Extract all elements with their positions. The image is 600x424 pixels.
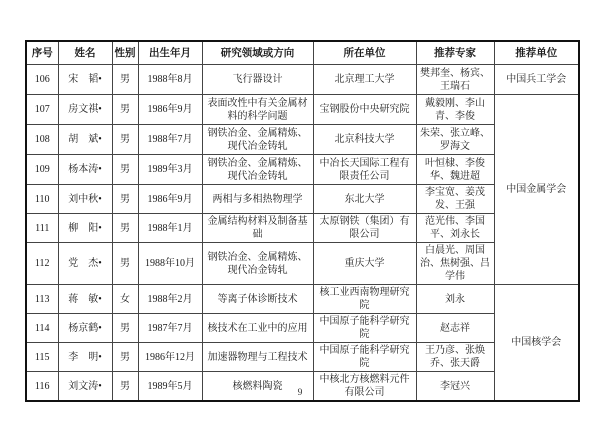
cell-field: 飞行器设计 <box>202 65 313 95</box>
cell-birth: 1989年3月 <box>138 155 202 185</box>
cell-gender: 男 <box>112 343 138 372</box>
cell-experts: 叶恒棣、李俊华、魏进超 <box>416 155 494 185</box>
cell-org: 北京科技大学 <box>313 125 416 155</box>
cell-birth: 1987年7月 <box>138 314 202 343</box>
cell-no: 113 <box>26 285 58 314</box>
header-name: 姓名 <box>58 41 112 65</box>
cell-org: 中国原子能科学研究院 <box>313 343 416 372</box>
page-number: 9 <box>0 388 600 398</box>
cell-birth: 1986年9月 <box>138 185 202 214</box>
cell-gender: 男 <box>112 214 138 243</box>
cell-experts: 樊邦奎、杨宾、王瑞石 <box>416 65 494 95</box>
header-row: 序号 姓名 性别 出生年月 研究领域或方向 所在单位 推荐专家 推荐单位 <box>26 41 579 65</box>
cell-name: 杨本涛• <box>58 155 112 185</box>
header-experts: 推荐专家 <box>416 41 494 65</box>
cell-org: 宝钢股份中央研究院 <box>313 95 416 125</box>
cell-experts: 赵志祥 <box>416 314 494 343</box>
cell-name: 党 杰• <box>58 243 112 285</box>
cell-no: 111 <box>26 214 58 243</box>
cell-field: 核技术在工业中的应用 <box>202 314 313 343</box>
cell-experts: 李宝宽、姜茂发、王强 <box>416 185 494 214</box>
table-row: 113 蒋 敏• 女 1988年2月 等离子体诊断技术 核工业西南物理研究院 刘… <box>26 285 579 314</box>
cell-no: 114 <box>26 314 58 343</box>
cell-birth: 1986年12月 <box>138 343 202 372</box>
cell-no: 110 <box>26 185 58 214</box>
cell-name: 胡 斌• <box>58 125 112 155</box>
cell-birth: 1988年7月 <box>138 125 202 155</box>
cell-org: 核工业西南物理研究院 <box>313 285 416 314</box>
cell-org: 中冶长天国际工程有限责任公司 <box>313 155 416 185</box>
header-gender: 性别 <box>112 41 138 65</box>
cell-gender: 男 <box>112 314 138 343</box>
cell-birth: 1986年9月 <box>138 95 202 125</box>
cell-org: 北京理工大学 <box>313 65 416 95</box>
cell-name: 蒋 敏• <box>58 285 112 314</box>
cell-field: 两相与多相热物理学 <box>202 185 313 214</box>
cell-birth: 1988年1月 <box>138 214 202 243</box>
cell-birth: 1988年8月 <box>138 65 202 95</box>
cell-no: 109 <box>26 155 58 185</box>
cell-name: 刘中秋• <box>58 185 112 214</box>
cell-no: 112 <box>26 243 58 285</box>
cell-unit: 中国核学会 <box>494 285 579 402</box>
cell-no: 108 <box>26 125 58 155</box>
header-unit: 推荐单位 <box>494 41 579 65</box>
cell-no: 107 <box>26 95 58 125</box>
cell-gender: 男 <box>112 243 138 285</box>
header-field: 研究领域或方向 <box>202 41 313 65</box>
cell-field: 金属结构材料及制备基础 <box>202 214 313 243</box>
cell-name: 宋 韬• <box>58 65 112 95</box>
cell-unit: 中国金属学会 <box>494 95 579 285</box>
table-row: 106 宋 韬• 男 1988年8月 飞行器设计 北京理工大学 樊邦奎、杨宾、王… <box>26 65 579 95</box>
cell-gender: 男 <box>112 185 138 214</box>
cell-gender: 男 <box>112 125 138 155</box>
cell-field: 等离子体诊断技术 <box>202 285 313 314</box>
cell-name: 李 明• <box>58 343 112 372</box>
header-birth: 出生年月 <box>138 41 202 65</box>
cell-no: 115 <box>26 343 58 372</box>
table-row: 107 房文祺• 男 1986年9月 表面改性中有关金属材料的科学问题 宝钢股份… <box>26 95 579 125</box>
cell-experts: 刘永 <box>416 285 494 314</box>
cell-org: 太原钢铁（集团）有限公司 <box>313 214 416 243</box>
cell-org: 重庆大学 <box>313 243 416 285</box>
cell-birth: 1988年2月 <box>138 285 202 314</box>
cell-field: 钢铁冶金、金属精炼、现代冶金铸轧 <box>202 243 313 285</box>
cell-experts: 戴毅刚、李山青、李俊 <box>416 95 494 125</box>
header-org: 所在单位 <box>313 41 416 65</box>
cell-org: 东北大学 <box>313 185 416 214</box>
cell-name: 房文祺• <box>58 95 112 125</box>
cell-field: 钢铁冶金、金属精炼、现代冶金铸轧 <box>202 155 313 185</box>
cell-org: 中国原子能科学研究院 <box>313 314 416 343</box>
nominees-table: 序号 姓名 性别 出生年月 研究领域或方向 所在单位 推荐专家 推荐单位 106… <box>25 40 580 402</box>
cell-experts: 王乃彦、张焕乔、张天爵 <box>416 343 494 372</box>
cell-experts: 范光伟、李国平、刘永长 <box>416 214 494 243</box>
header-no: 序号 <box>26 41 58 65</box>
cell-unit: 中国兵工学会 <box>494 65 579 95</box>
cell-field: 加速器物理与工程技术 <box>202 343 313 372</box>
cell-gender: 女 <box>112 285 138 314</box>
cell-experts: 白晨光、周国治、焦树强、吕学伟 <box>416 243 494 285</box>
cell-experts: 朱荣、张立峰、罗海文 <box>416 125 494 155</box>
document-page: 序号 姓名 性别 出生年月 研究领域或方向 所在单位 推荐专家 推荐单位 106… <box>0 0 600 424</box>
cell-field: 钢铁冶金、金属精炼、现代冶金铸轧 <box>202 125 313 155</box>
cell-gender: 男 <box>112 155 138 185</box>
cell-field: 表面改性中有关金属材料的科学问题 <box>202 95 313 125</box>
cell-no: 106 <box>26 65 58 95</box>
cell-name: 柳 阳• <box>58 214 112 243</box>
cell-name: 杨京鹤• <box>58 314 112 343</box>
cell-gender: 男 <box>112 95 138 125</box>
cell-birth: 1988年10月 <box>138 243 202 285</box>
cell-gender: 男 <box>112 65 138 95</box>
